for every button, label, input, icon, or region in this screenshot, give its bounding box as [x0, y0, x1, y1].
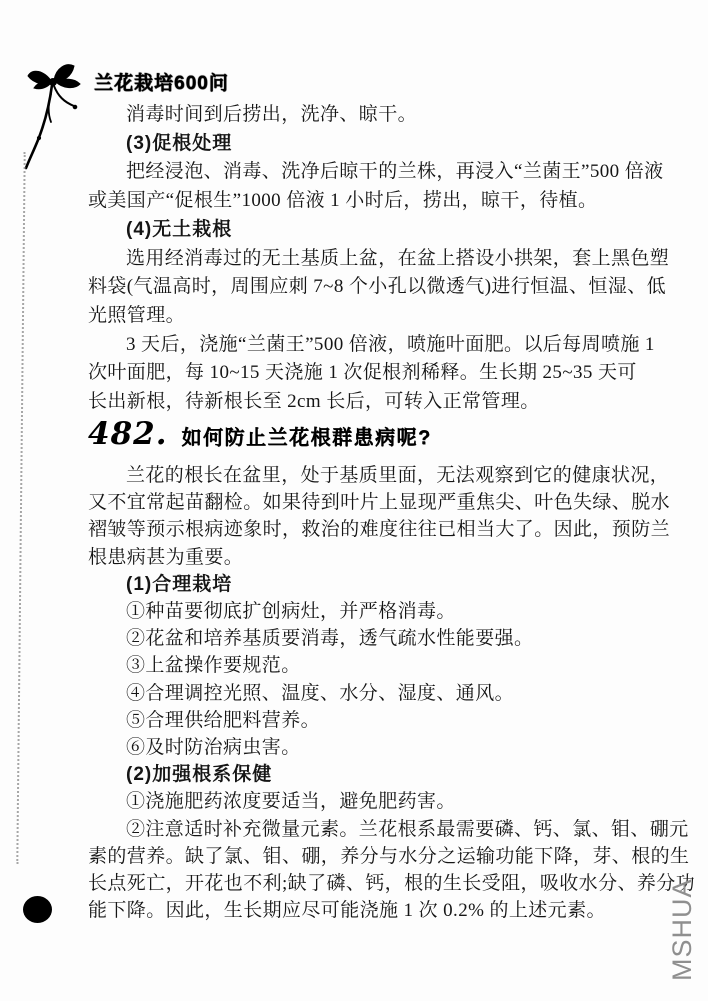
text-line: 兰花的根长在盆里，处于基质里面，无法观察到它的健康状况， [88, 462, 656, 489]
text-line: 把经浸泡、消毒、洗净后晾干的兰株，再浸入“兰菌王”500 倍液 [88, 158, 656, 187]
text-line: ④合理调控光照、温度、水分、湿度、通风。 [88, 680, 656, 707]
page-header-title: 兰花栽培600问 [94, 68, 229, 95]
text-line: 根患病甚为重要。 [88, 544, 656, 571]
text-line: (1)合理栽培 [88, 571, 656, 598]
scan-dotted-line [16, 152, 25, 864]
text-line: ⑤合理供给肥料营养。 [88, 707, 656, 734]
text-line: 3 天后，浇施“兰菌王”500 倍液，喷施叶面肥。以后每周喷施 1 [88, 331, 656, 360]
text-line: 次叶面肥，每 10~15 天浇施 1 次促根剂稀释。生长期 25~35 天可 [88, 359, 656, 388]
text-line: ②注意适时补充微量元素。兰花根系最需要磷、钙、氯、钼、硼元 [88, 816, 656, 843]
text-line: 料袋(气温高时，周围应刺 7~8 个小孔以微透气)进行恒温、恒湿、低 [88, 273, 656, 302]
text-line: 长点死亡，开花也不利;缺了磷、钙，根的生长受阻，吸收水分、养分功 [88, 870, 656, 897]
text-line: (2)加强根系保健 [88, 761, 656, 788]
question-heading: 482. 如何防止兰花根群患病呢? [88, 416, 432, 452]
text-line: ③上盆操作要规范。 [88, 652, 656, 679]
text-line: ⑥及时防治病虫害。 [88, 734, 656, 761]
text-block-2: 兰花的根长在盆里，处于基质里面，无法观察到它的健康状况，又不宜常起苗翻检。如果待… [88, 462, 656, 924]
text-line: ①种苗要彻底扩创病灶，并严格消毒。 [88, 598, 656, 625]
text-line: 或美国产“促根生”1000 倍液 1 小时后，捞出，晾干，待植。 [88, 187, 656, 216]
text-line: 选用经消毒过的无土基质上盆，在盆上搭设小拱架，套上黑色塑 [88, 245, 656, 274]
text-line: 光照管理。 [88, 302, 656, 331]
text-line: 又不宜常起苗翻检。如果待到叶片上显现严重焦尖、叶色失绿、脱水 [88, 489, 656, 516]
text-line: ①浇施肥药浓度要适当，避免肥药害。 [88, 788, 656, 815]
text-line: (4)无土栽根 [88, 216, 656, 245]
book-page: 兰花栽培600问 消毒时间到后捞出，洗净、晾干。(3)促根处理把经浸泡、消毒、洗… [0, 0, 708, 1001]
text-line: 能下降。因此，生长期应尽可能浇施 1 次 0.2% 的上述元素。 [88, 897, 656, 924]
text-block-1: 消毒时间到后捞出，洗净、晾干。(3)促根处理把经浸泡、消毒、洗净后晾干的兰株，再… [88, 101, 656, 417]
text-line: 素的营养。缺了氯、钼、硼，养分与水分之运输功能下降，芽、根的生 [88, 843, 656, 870]
text-line: ②花盆和培养基质要消毒，透气疏水性能要强。 [88, 625, 656, 652]
print-mark-dot [23, 896, 52, 923]
text-line: 褶皱等预示根病迹象时，救治的难度往往已相当大了。因此，预防兰 [88, 516, 656, 543]
question-title: 如何防止兰花根群患病呢? [182, 421, 432, 450]
text-line: (3)促根处理 [88, 130, 656, 159]
orchid-logo-icon [24, 60, 88, 180]
text-line: 消毒时间到后捞出，洗净、晾干。 [88, 101, 656, 130]
text-line: 长出新根，待新根长至 2cm 长后，可转入正常管理。 [88, 388, 656, 417]
watermark-text: MSHUA [668, 889, 696, 981]
question-number: 482. [88, 416, 168, 452]
